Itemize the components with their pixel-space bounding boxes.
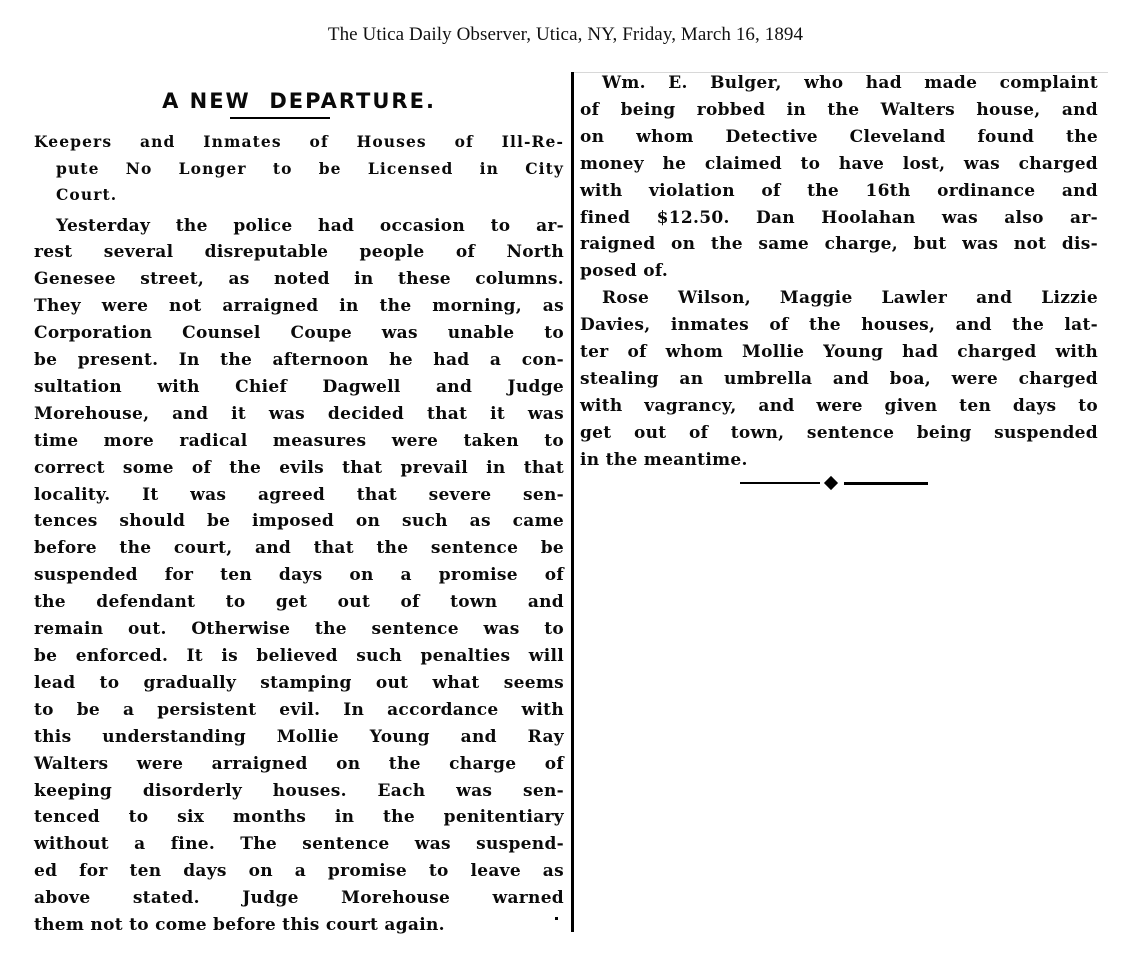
left-column-body: Yesterday the police had occasion to ar-… bbox=[34, 213, 564, 939]
text-line: posed of. bbox=[580, 258, 1098, 285]
end-of-article-ornament bbox=[740, 478, 930, 488]
text-line: Corporation Counsel Coupe was unable to bbox=[34, 320, 564, 347]
text-line: They were not arraigned in the morning, … bbox=[34, 293, 564, 320]
text-line: ed for ten days on a promise to leave as bbox=[34, 858, 564, 885]
text-line: with violation of the 16th ordinance and bbox=[580, 178, 1098, 205]
subhead-line: Court. bbox=[34, 182, 564, 209]
text-line: correct some of the evils that prevail i… bbox=[34, 455, 564, 482]
text-line: get out of town, sentence being suspende… bbox=[580, 420, 1098, 447]
text-line: above stated. Judge Morehouse warned bbox=[34, 885, 564, 912]
ornament-rule-right bbox=[844, 482, 928, 485]
text-line: to be a persistent evil. In accordance w… bbox=[34, 697, 564, 724]
text-line: in the meantime. bbox=[580, 447, 1098, 474]
text-line: Yesterday the police had occasion to ar- bbox=[34, 213, 564, 240]
text-line: Walters were arraigned on the charge of bbox=[34, 751, 564, 778]
text-line: Wm. E. Bulger, who had made complaint bbox=[580, 70, 1098, 97]
text-line: tences should be imposed on such as came bbox=[34, 508, 564, 535]
text-line: Rose Wilson, Maggie Lawler and Lizzie bbox=[580, 285, 1098, 312]
column-divider-rule bbox=[571, 72, 574, 932]
text-line: keeping disorderly houses. Each was sen- bbox=[34, 778, 564, 805]
text-line: before the court, and that the sentence … bbox=[34, 535, 564, 562]
text-line: them not to come before this court again… bbox=[34, 912, 564, 939]
text-line: time more radical measures were taken to bbox=[34, 428, 564, 455]
text-line: money he claimed to have lost, was charg… bbox=[580, 151, 1098, 178]
right-column: Wm. E. Bulger, who had made complaint of… bbox=[580, 70, 1098, 488]
right-column-paragraph-bulger: Wm. E. Bulger, who had made complaint of… bbox=[580, 70, 1098, 285]
text-line: be present. In the afternoon he had a co… bbox=[34, 347, 564, 374]
text-line: ter of whom Mollie Young had charged wit… bbox=[580, 339, 1098, 366]
diamond-ornament-icon bbox=[824, 476, 838, 490]
left-column: A NEW DEPARTURE. Keepers and Inmates of … bbox=[34, 72, 564, 939]
text-line: remain out. Otherwise the sentence was t… bbox=[34, 616, 564, 643]
article-headline: A NEW DEPARTURE. bbox=[34, 88, 564, 114]
text-line: without a fine. The sentence was suspend… bbox=[34, 831, 564, 858]
article-subheadline: Keepers and Inmates of Houses of Ill-Re-… bbox=[34, 129, 564, 209]
text-line: on whom Detective Cleveland found the bbox=[580, 124, 1098, 151]
newspaper-citation-caption: The Utica Daily Observer, Utica, NY, Fri… bbox=[0, 24, 1131, 46]
text-line: fined $12.50. Dan Hoolahan was also ar- bbox=[580, 205, 1098, 232]
headline-rule bbox=[230, 117, 330, 119]
text-line: raigned on the same charge, but was not … bbox=[580, 231, 1098, 258]
subhead-line: pute No Longer to be Licensed in City bbox=[34, 156, 564, 183]
text-line: the defendant to get out of town and bbox=[34, 589, 564, 616]
text-line: Davies, inmates of the houses, and the l… bbox=[580, 312, 1098, 339]
text-line: suspended for ten days on a promise of bbox=[34, 562, 564, 589]
text-line: sultation with Chief Dagwell and Judge bbox=[34, 374, 564, 401]
text-line: locality. It was agreed that severe sen- bbox=[34, 482, 564, 509]
text-line: with vagrancy, and were given ten days t… bbox=[580, 393, 1098, 420]
text-line: tenced to six months in the penitentiary bbox=[34, 804, 564, 831]
text-line: lead to gradually stamping out what seem… bbox=[34, 670, 564, 697]
text-line: Morehouse, and it was decided that it wa… bbox=[34, 401, 564, 428]
right-column-paragraph-wilson: Rose Wilson, Maggie Lawler and Lizzie Da… bbox=[580, 285, 1098, 473]
text-line: this understanding Mollie Young and Ray bbox=[34, 724, 564, 751]
text-line: be enforced. It is believed such penalti… bbox=[34, 643, 564, 670]
text-line: of being robbed in the Walters house, an… bbox=[580, 97, 1098, 124]
newspaper-clipping: A NEW DEPARTURE. Keepers and Inmates of … bbox=[18, 72, 1108, 942]
text-line: stealing an umbrella and boa, were charg… bbox=[580, 366, 1098, 393]
subhead-line: Keepers and Inmates of Houses of Ill-Re- bbox=[34, 129, 564, 156]
text-line: rest several disreputable people of Nort… bbox=[34, 239, 564, 266]
ornament-rule-left bbox=[740, 482, 820, 484]
text-line: Genesee street, as noted in these column… bbox=[34, 266, 564, 293]
